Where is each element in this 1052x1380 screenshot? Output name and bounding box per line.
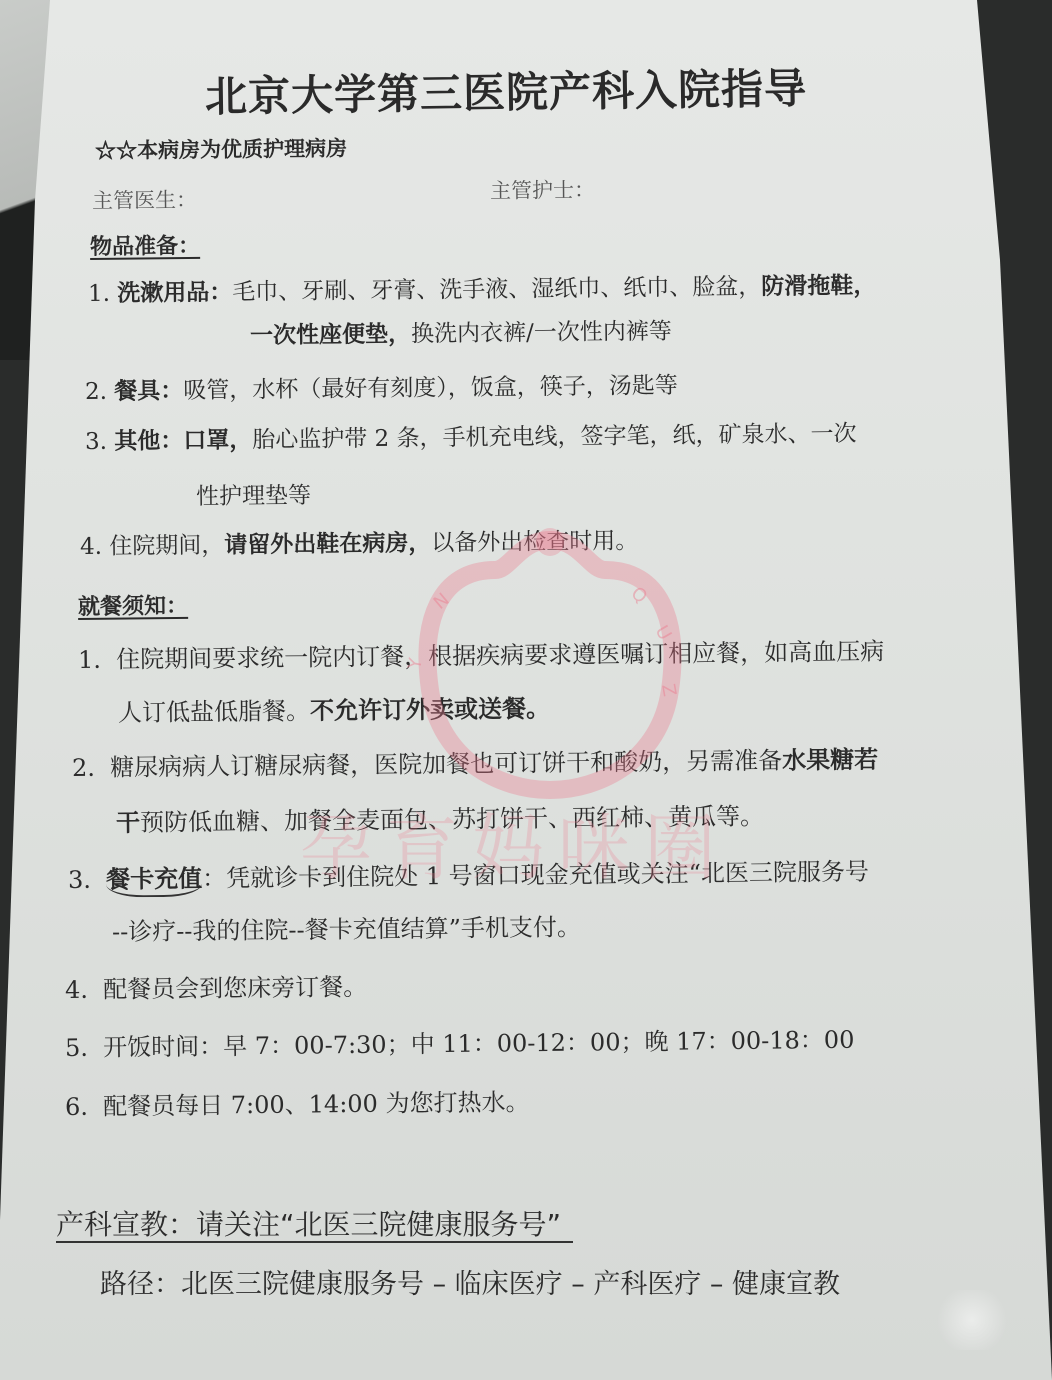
nurse-label: 主管护士： [490, 174, 595, 205]
item-bold: 水果糖若 [782, 745, 878, 775]
items-list-item-3-cont: 性护理垫等 [196, 477, 311, 511]
items-list-item-4: 4. 住院期间，请留外出鞋在病房，以备外出检查时用。 [80, 522, 639, 561]
item-number: 5. [65, 1034, 88, 1062]
item-text: 人订低盐低脂餐。 [118, 697, 310, 727]
items-heading: 物品准备： [90, 229, 200, 261]
meal-list-item-1-cont: 人订低盐低脂餐。不允许订外卖或送餐。 [118, 688, 550, 728]
item-number: 4. [65, 976, 88, 1004]
item-text: 开饭时间：早 7：00-7:30；中 11：00-12：00；晚 17：00-1… [103, 1026, 854, 1062]
item-text: 胎心监护带 2 条，手机充电线，签字笔，纸，矿泉水、一次 [252, 421, 857, 453]
item-number: 1. [88, 281, 110, 307]
meal-list-item-2-cont: 干预防低血糖、加餐全麦面包、苏打饼干、西红柿、黄瓜等。 [116, 796, 764, 838]
item-bold: 请留外出鞋在病房， [224, 529, 431, 558]
meal-list-item-1: 1. 住院期间要求统一院内订餐，根据疾病要求遵医嘱订相应餐，如高血压病 [78, 632, 884, 675]
item-label: 其他： [114, 427, 183, 455]
item-number: 3. [85, 429, 107, 455]
svg-text:N: N [430, 589, 454, 614]
item-text: 住院期间， [109, 532, 224, 559]
item-text: 配餐员会到您床旁订餐。 [103, 973, 367, 1004]
item-text: 毛巾、牙刷、牙膏、洗手液、湿纸巾、纸巾、脸盆， [232, 274, 761, 306]
item-number: 1. [78, 646, 101, 674]
item-text: 预防低血糖、加餐全麦面包、苏打饼干、西红柿、黄瓜等。 [140, 802, 764, 837]
item-bold: 不允许订外卖或送餐。 [310, 693, 550, 725]
meal-list-item-3-cont: --诊疗--我的住院--餐卡充值结算”手机支付。 [112, 907, 581, 947]
document-title: 北京大学第三医院产科入院指导 [205, 56, 808, 124]
doctor-label: 主管医生： [92, 184, 197, 215]
paper-glare [932, 1290, 1012, 1350]
item-text: 住院期间要求统一院内订餐，根据疾病要求遵医嘱订相应餐，如高血压病 [116, 638, 884, 674]
item-label: 洗漱用品： [117, 278, 232, 306]
item-number: 2. [72, 754, 95, 782]
item-text: 以备外出检查时用。 [431, 528, 638, 556]
item-number: 2. [85, 379, 107, 405]
meal-list-item-5: 5. 开饭时间：早 7：00-7:30；中 11：00-12：00；晚 17：0… [65, 1020, 855, 1063]
education-heading: 产科宣教：请关注“北医三院健康服务号” [56, 1208, 573, 1243]
item-text: ：凭就诊卡到住院处 1 号窗口现金充值或关注“北医三院服务号 [202, 858, 869, 893]
item-bold: 一次性座便垫， [250, 320, 411, 349]
items-list-item-3: 3. 其他：口罩，胎心监护带 2 条，手机充电线，签字笔，纸，矿泉水、一次 [85, 415, 857, 456]
item-bold: 口罩， [183, 426, 252, 454]
items-list-item-1: 1. 洗漱用品：毛巾、牙刷、牙膏、洗手液、湿纸巾、纸巾、脸盆，防滑拖鞋， [88, 267, 877, 308]
meal-list-item-3: 3. 餐卡充值：凭就诊卡到住院处 1 号窗口现金充值或关注“北医三院服务号 [68, 852, 869, 895]
item-text: 配餐员每日 7:00、14:00 为您打热水。 [103, 1088, 530, 1120]
item-label: 餐具： [114, 377, 183, 405]
items-list-item-1-cont: 一次性座便垫，换洗内衣裤/一次性内裤等 [250, 313, 672, 350]
item-text: 吸管，水杯（最好有刻度），饭盒，筷子，汤匙等 [183, 373, 678, 404]
quality-note: ☆☆本病房为优质护理病房 [95, 132, 347, 165]
meal-list-item-2: 2. 糖尿病病人订糖尿病餐，医院加餐也可订饼干和酸奶，另需准备水果糖若 [72, 740, 878, 783]
item-bold: 防滑拖鞋， [761, 272, 876, 300]
meal-list-item-6: 6. 配餐员每日 7:00、14:00 为您打热水。 [65, 1082, 530, 1122]
svg-text:Z: Z [657, 682, 680, 698]
item-number: 4. [80, 534, 102, 560]
item-text: 换洗内衣裤/一次性内裤等 [411, 319, 672, 348]
items-list-item-2: 2. 餐具：吸管，水杯（最好有刻度），饭盒，筷子，汤匙等 [85, 367, 678, 406]
paper-sheet: 北京大学第三医院产科入院指导 ☆☆本病房为优质护理病房 主管医生： 主管护士： … [0, 0, 1052, 1380]
meal-list-item-4: 4. 配餐员会到您床旁订餐。 [65, 967, 368, 1005]
item-number: 3. [68, 866, 91, 894]
item-text: 糖尿病病人订糖尿病餐，医院加餐也可订饼干和酸奶，另需准备 [110, 747, 782, 782]
svg-text:Q: Q [627, 583, 651, 608]
education-path: 路径：北医三院健康服务号 – 临床医疗 – 产科医疗 – 健康宣教 [100, 1262, 840, 1301]
meal-card-label: 餐卡充值 [106, 864, 202, 898]
item-number: 6. [65, 1093, 88, 1121]
education-heading-wrap: 产科宣教：请关注“北医三院健康服务号” [56, 1203, 573, 1243]
item-bold: 干 [116, 808, 140, 837]
meal-heading: 就餐须知： [78, 589, 188, 621]
